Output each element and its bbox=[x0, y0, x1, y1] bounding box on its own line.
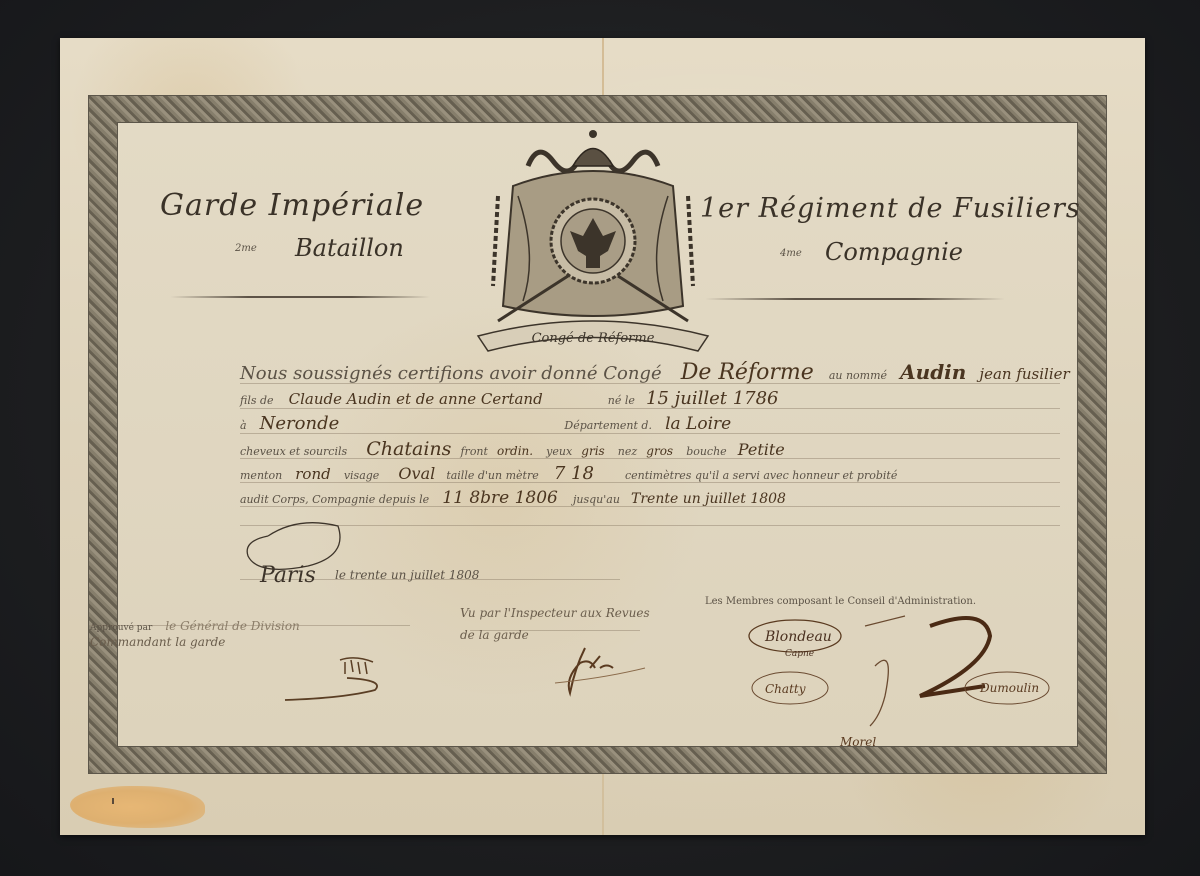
header-bataillon: Bataillon bbox=[295, 234, 404, 262]
header-compagnie: Compagnie bbox=[825, 238, 963, 266]
certificate-paper: Garde Impériale 2me Bataillon 1er Régime… bbox=[60, 38, 1145, 835]
body-line-1: Nous soussignés certifions avoir donné C… bbox=[240, 360, 1070, 385]
inspector-line-2: de la garde bbox=[460, 628, 529, 642]
bataillon-ordinal: 2me bbox=[235, 243, 257, 254]
header-regiment: 1er Régiment de Fusiliers bbox=[700, 193, 1081, 224]
svg-text:Blondeau: Blondeau bbox=[764, 629, 832, 645]
date-text: le trente un juillet 1808 bbox=[335, 568, 479, 582]
header-rule-right bbox=[705, 298, 1005, 300]
svg-text:Chatty: Chatty bbox=[765, 682, 806, 696]
body-line-6: audit Corps, Compagnie depuis le 11 8bre… bbox=[240, 488, 786, 508]
imperial-crest-icon: Congé de Réforme bbox=[458, 126, 728, 356]
general-signature-icon bbox=[275, 650, 405, 705]
place-paris: Paris bbox=[260, 563, 316, 588]
body-line-4: cheveux et sourcils Chatains front ordin… bbox=[240, 438, 785, 460]
approval-line-2: Commandant la garde bbox=[90, 635, 225, 649]
svg-text:Capne: Capne bbox=[785, 649, 814, 659]
svg-text:Morel: Morel bbox=[839, 735, 876, 749]
header-rule-left bbox=[170, 296, 430, 298]
approval-line-1: Approuvé par le Général de Division bbox=[90, 615, 300, 634]
body-line-3: à Neronde Département d. la Loire bbox=[240, 413, 731, 434]
paper-stain bbox=[70, 786, 205, 828]
header-garde-imperiale: Garde Impériale bbox=[160, 188, 424, 223]
body-line-5: menton rond visage Oval taille d'un mètr… bbox=[240, 463, 897, 484]
svg-text:Dumoulin: Dumoulin bbox=[979, 681, 1039, 695]
stain-mark bbox=[112, 798, 114, 804]
svg-text:Congé de Réforme: Congé de Réforme bbox=[532, 331, 655, 346]
inspector-signature-icon bbox=[545, 638, 655, 698]
compagnie-ordinal: 4me bbox=[780, 248, 802, 259]
inspector-line-1: Vu par l'Inspecteur aux Revues bbox=[460, 606, 650, 620]
body-line-2: fils de Claude Audin et de anne Certand … bbox=[240, 388, 779, 409]
ruled-line bbox=[240, 525, 1060, 526]
council-signatures-icon: Blondeau Capne Chatty Morel Dumoulin bbox=[745, 606, 1075, 751]
